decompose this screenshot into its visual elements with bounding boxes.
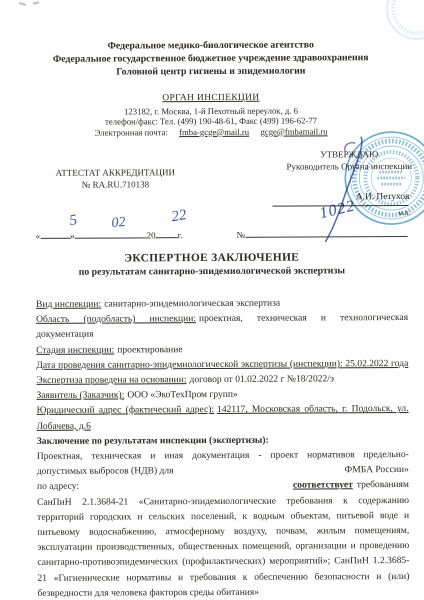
document-title: ЭКСПЕРТНОЕ ЗАКЛЮЧЕНИЕ bbox=[0, 251, 424, 265]
email-address-1: fmba-gcge@mail.ru bbox=[179, 127, 249, 137]
field-label: Экспертиза проведена на основании: bbox=[36, 374, 186, 386]
field-value: проектирование bbox=[117, 344, 182, 355]
email-label: Электронная почта: bbox=[95, 127, 168, 137]
scanned-document-page: Федеральное медико-биологическое агентст… bbox=[0, 0, 424, 600]
handwritten-day: 5 bbox=[68, 212, 78, 230]
field-value: ООО «ЭкоТехПром групп» bbox=[127, 389, 238, 401]
handwritten-year: 22 bbox=[170, 207, 188, 226]
number-line: № bbox=[237, 226, 408, 240]
conclusion-line-3-left: по адресу: bbox=[37, 479, 79, 494]
year-suffix: г. bbox=[178, 230, 183, 240]
letterhead: Федеральное медико-биологическое агентст… bbox=[0, 38, 423, 79]
accreditation-block: АТТЕСТАТ АККРЕДИТАЦИИ № RA.RU.710138 bbox=[37, 166, 193, 191]
date-line: «»20г. bbox=[36, 227, 183, 241]
conclusion-line-3: по адресу: соответствуеттребованиям bbox=[37, 477, 409, 494]
verdict-word: соответствует bbox=[293, 480, 353, 491]
field-value: договор от 01.02.2022 г №18/2022/э bbox=[190, 373, 335, 385]
day-blank bbox=[40, 228, 70, 239]
document-body: Вид инспекции:санитарно-эпидемиологическ… bbox=[36, 295, 410, 600]
month-blank bbox=[75, 227, 147, 238]
handwritten-month: 02 bbox=[111, 215, 126, 232]
center-name: Головной центр гигиены и эпидемиологии bbox=[0, 64, 423, 79]
field-expertise-date: Дата проведения санитарно-эпидемиологиче… bbox=[36, 356, 408, 373]
field-label: Заявитель (Заказчик): bbox=[36, 390, 124, 401]
field-value: санитарно-эпидемиологическая экспертиза bbox=[104, 298, 280, 310]
document-subtitle: по результатам санитарно-эпидемиологичес… bbox=[0, 265, 424, 278]
field-inspection-area: Область (подобласть) инспекции:проектная… bbox=[36, 310, 408, 342]
field-full-text: Дата проведения санитарно-эпидемиологиче… bbox=[36, 358, 408, 371]
year-blank bbox=[156, 227, 178, 238]
field-label: Стадия инспекции: bbox=[36, 344, 114, 355]
verdict-rest: требованиям bbox=[357, 479, 409, 490]
conclusion-verdict-group: соответствуеттребованиям bbox=[293, 477, 409, 493]
field-label: Область (подобласть) инспекции: bbox=[36, 313, 196, 325]
field-legal-address: Юридический адрес (фактический адрес):14… bbox=[37, 401, 409, 433]
field-label: Вид инспекции: bbox=[36, 299, 101, 310]
conclusion-line-2-right: ФМБА России» bbox=[345, 462, 409, 478]
accreditation-number: № RA.RU.710138 bbox=[37, 178, 193, 191]
field-label: Юридический адрес (фактический адрес): bbox=[37, 404, 215, 416]
document-title-block: ЭКСПЕРТНОЕ ЗАКЛЮЧЕНИЕ по результатам сан… bbox=[0, 251, 424, 278]
accreditation-title: АТТЕСТАТ АККРЕДИТАЦИИ bbox=[37, 166, 193, 179]
number-label: № bbox=[237, 230, 246, 240]
year-century: 20 bbox=[147, 230, 156, 240]
institution-name: Федеральное государственное бюджетное уч… bbox=[0, 51, 423, 66]
number-blank bbox=[245, 226, 407, 238]
conclusion-body: СанПиН 2.1.3684-21 «Санитарно-эпидемиоло… bbox=[37, 493, 410, 600]
conclusion-line-2-left: допустимых выбросов (НДВ) для bbox=[37, 463, 174, 479]
inspection-body-title: ОРГАН ИНСПЕКЦИИ bbox=[0, 92, 423, 105]
